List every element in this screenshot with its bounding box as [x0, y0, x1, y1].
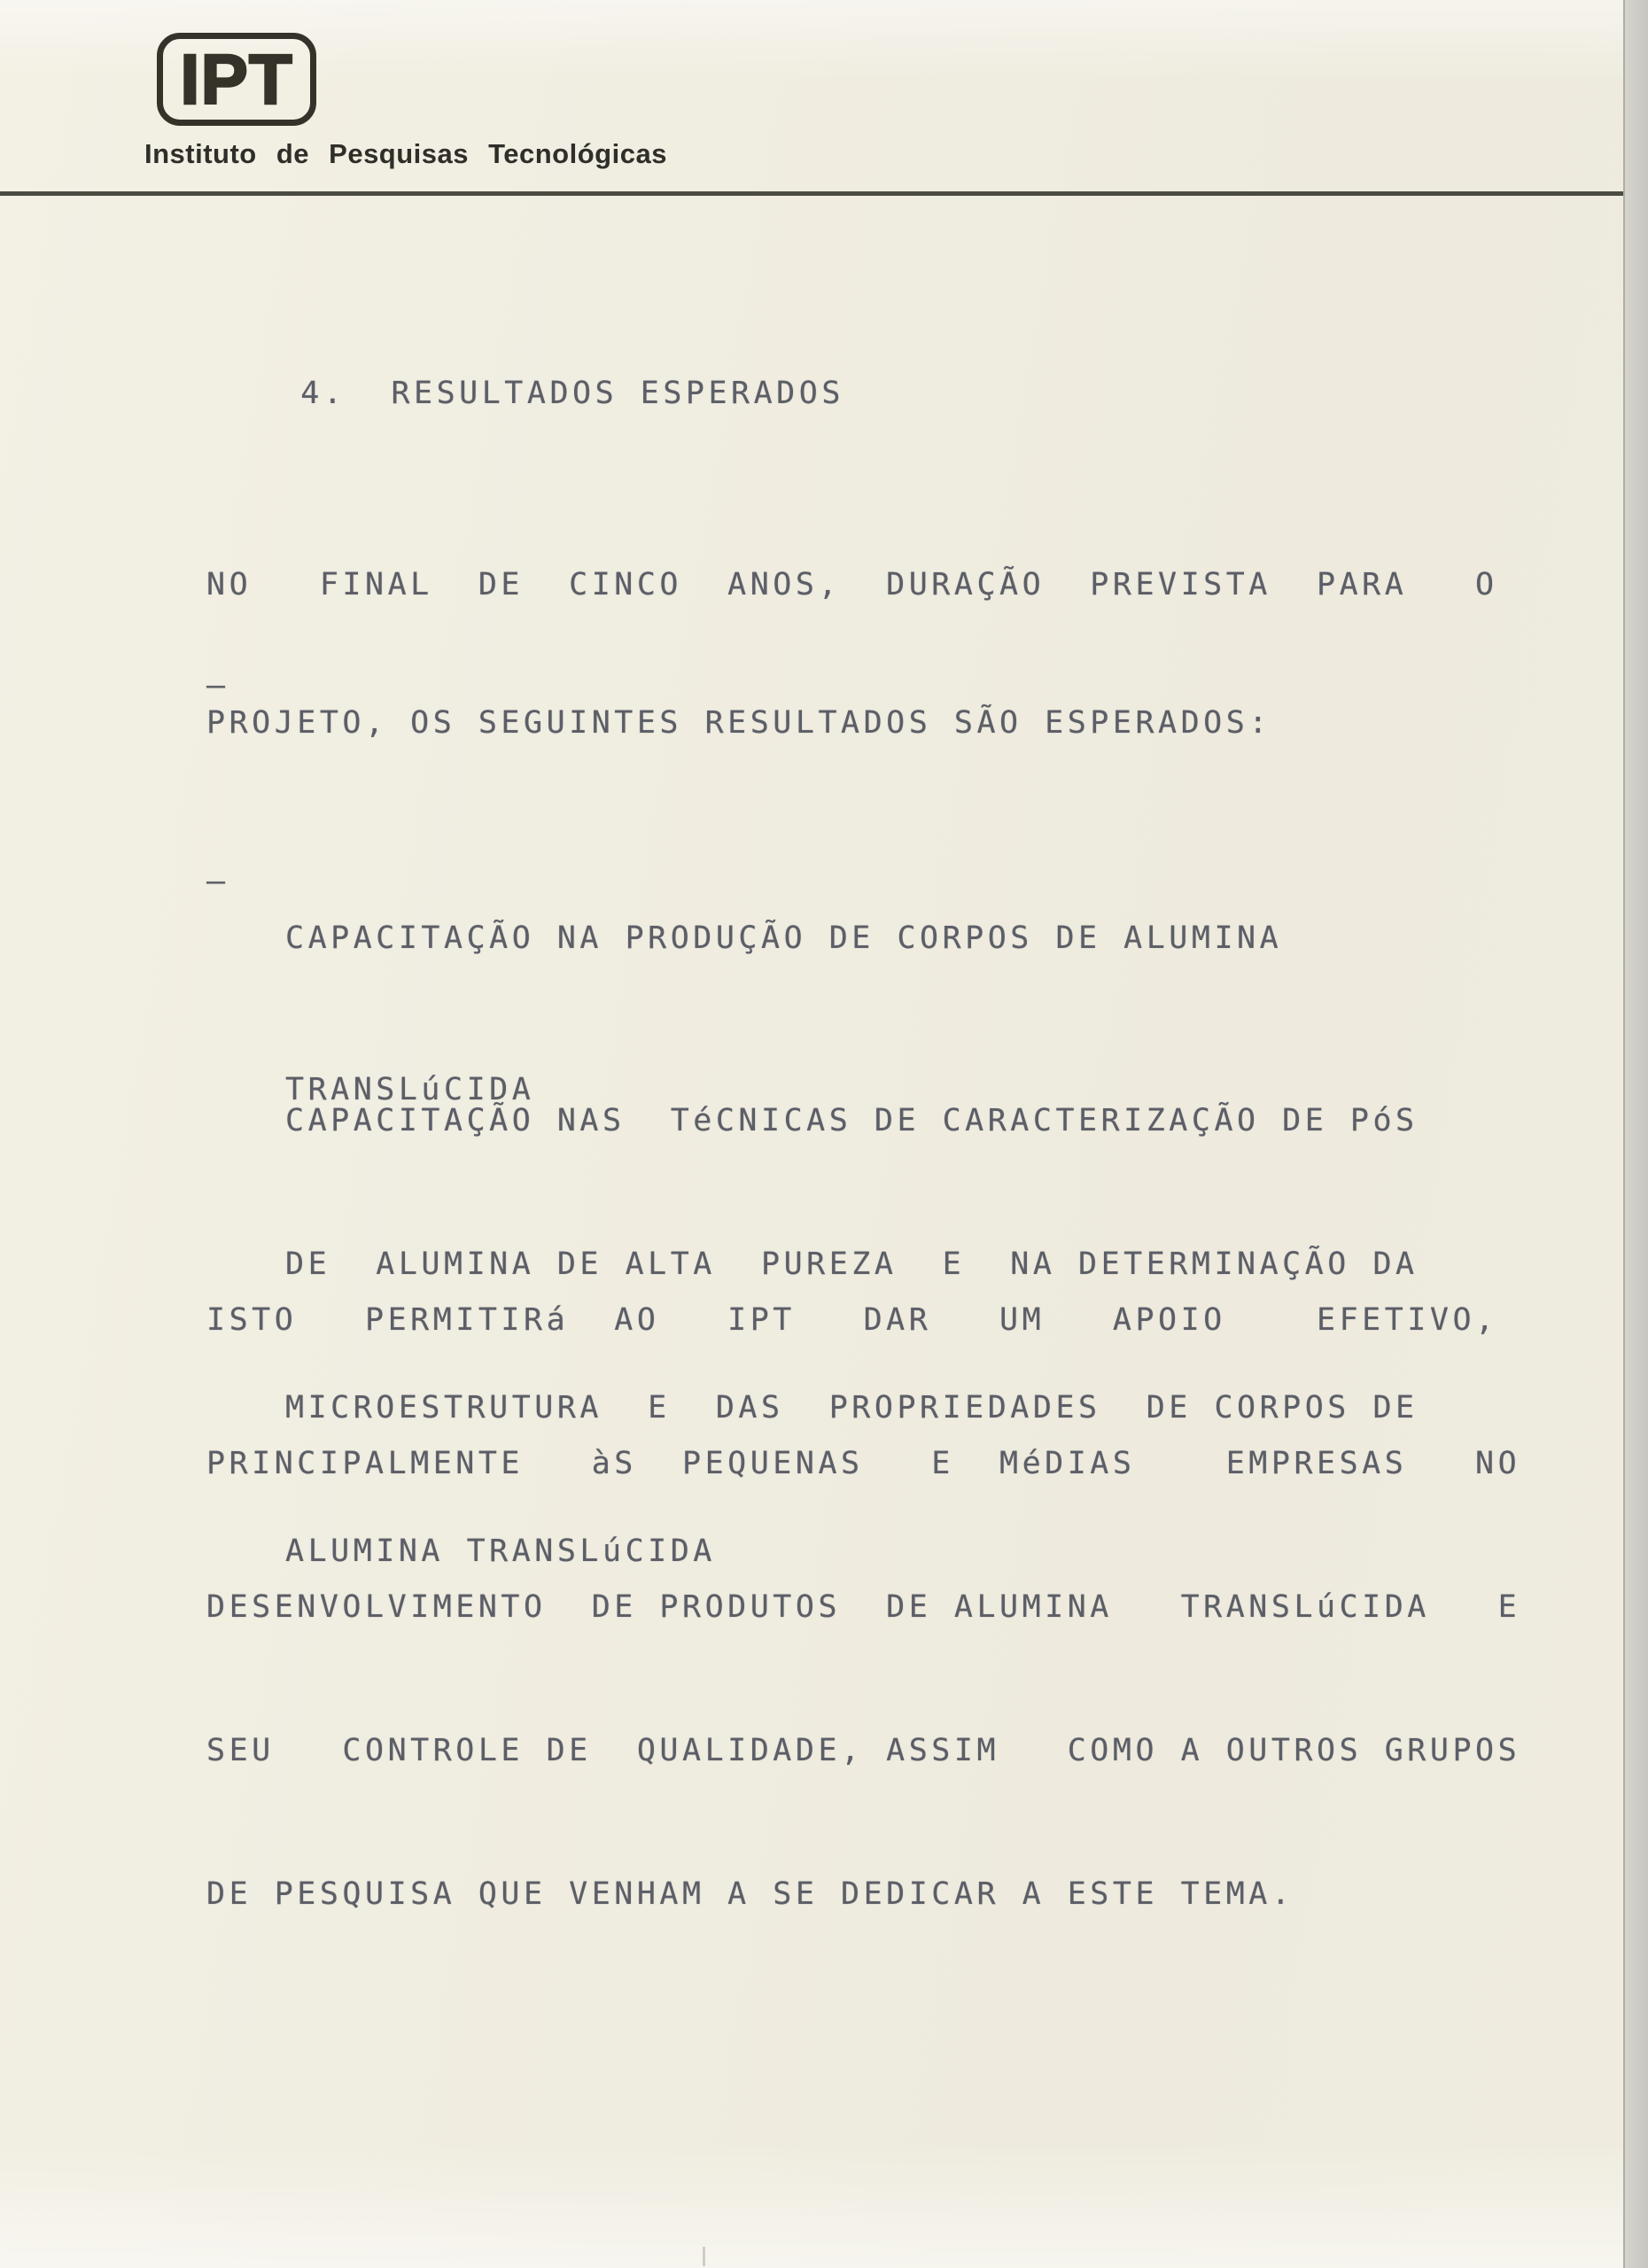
- paper-sheet: IPT Instituto de Pesquisas Tecnológicas …: [0, 0, 1625, 2268]
- scan-artifact: [703, 2247, 705, 2266]
- text-line: DESENVOLVIMENTO DE PRODUTOS DE ALUMINA T…: [206, 1583, 1520, 1631]
- bullet-dash: —: [206, 661, 229, 711]
- paragraph-conclusion: ISTO PERMITIRá AO IPT DAR UM APOIO EFETI…: [206, 1200, 1520, 2014]
- ipt-logo-text: IPT: [180, 44, 292, 115]
- ipt-logo: IPT: [157, 33, 316, 126]
- bullet-line: CAPACITAÇÃO NAS TéCNICAS DE CARACTERIZAÇ…: [285, 1097, 1419, 1145]
- section-heading: 4.RESULTADOS ESPERADOS: [210, 324, 844, 462]
- paper-edge: [1623, 0, 1648, 2268]
- org-name: Instituto de Pesquisas Tecnológicas: [144, 138, 667, 170]
- text-line: NO FINAL DE CINCO ANOS, DURAÇÃO PREVISTA…: [206, 562, 1498, 608]
- paper-sheen-bottom: [0, 2144, 1625, 2268]
- text-line: SEU CONTROLE DE QUALIDADE, ASSIM COMO A …: [206, 1727, 1520, 1775]
- header-rule: [0, 191, 1625, 196]
- text-line: ISTO PERMITIRá AO IPT DAR UM APOIO EFETI…: [206, 1296, 1520, 1344]
- text-line: PRINCIPALMENTE àS PEQUENAS E MéDIAS EMPR…: [206, 1440, 1520, 1487]
- bullet-dash: —: [206, 858, 229, 905]
- section-title: RESULTADOS ESPERADOS: [391, 376, 843, 411]
- section-number: 4.: [300, 376, 346, 411]
- text-line: DE PESQUISA QUE VENHAM A SE DEDICAR A ES…: [206, 1870, 1520, 1918]
